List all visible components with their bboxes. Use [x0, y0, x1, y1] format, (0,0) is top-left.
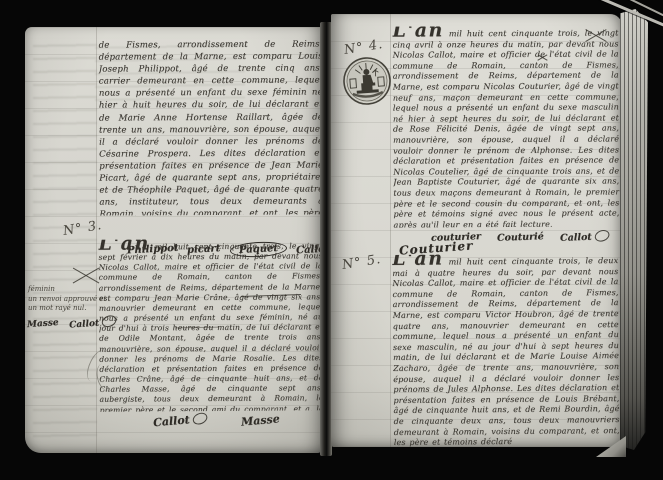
margin-cross-mark	[71, 265, 101, 285]
right-page: N° 4. L'anmil huit	[331, 14, 622, 447]
birth-act-4-text: L'anmil huit cent cinquante trois, le vi…	[392, 25, 619, 227]
signature-callot: Callot	[560, 228, 609, 244]
ink-bleedthrough	[33, 41, 97, 441]
act-number-label: N° 5.	[341, 252, 382, 273]
signature-masse: Masse	[240, 412, 280, 428]
signature-couturie: Couturié	[497, 231, 544, 244]
signature-masse: Masse	[27, 318, 59, 330]
signature-callot: Callot	[152, 411, 207, 430]
act-body: mil huit cent cinquante trois, le deux m…	[392, 256, 619, 447]
birth-act-5-text: L'anmil huit cent cinquante trois, le de…	[392, 253, 620, 447]
margin-rule	[96, 27, 97, 453]
signature-row: Callot Masse	[153, 413, 279, 427]
act-number-label: N° 3.	[62, 218, 103, 239]
signature-row: Couturier	[399, 241, 473, 255]
birth-act-3-text: L'anmil huit cent cinquante trois, le vi…	[98, 238, 323, 412]
signature-flourish	[593, 228, 611, 243]
birth-act-continuation-text: de Fismes, arrondissement de Reims, dépa…	[99, 38, 323, 215]
scanned-register-spread: de Fismes, arrondissement de Reims, dépa…	[0, 0, 663, 480]
signature-flourish	[191, 411, 209, 427]
page-stack-edge	[620, 9, 648, 450]
left-page: de Fismes, arrondissement de Reims, dépa…	[25, 27, 323, 453]
act-body: mil huit cent cinquante trois, le vingt …	[393, 28, 620, 227]
revenue-stamp-seal-icon	[340, 54, 393, 107]
